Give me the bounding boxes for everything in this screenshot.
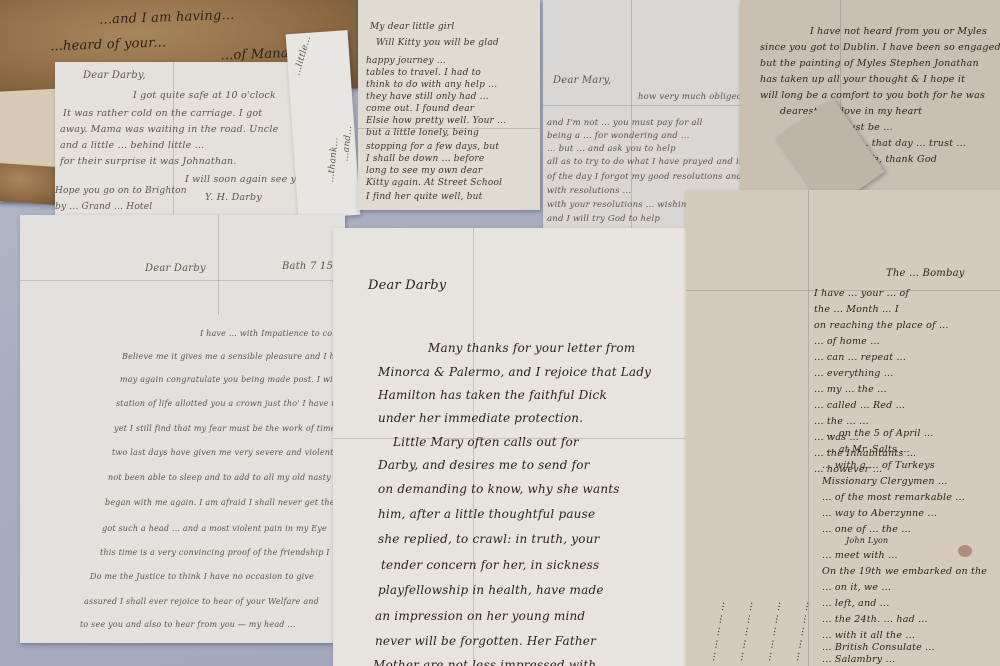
handwriting-line: ... but ... and ask you to help [547,144,676,154]
small-note-letter: Dear Darby, I got quite safe at 10 o'clo… [55,62,300,222]
handwriting-line: on reaching the place of ... [814,320,949,331]
handwriting-line: with your resolutions ... wishing [547,200,692,210]
handwriting-line: ... at Mr. Salts ... [826,444,910,455]
handwriting-line: ...thank... [326,137,341,183]
handwriting-line: never will be forgotten. Her Father [375,634,596,648]
handwriting-line: come out. I found dear [366,104,474,114]
handwriting-line: will long be a comfort to you both for h… [760,90,985,101]
handwriting-line: she replied, to crawl: in truth, your [378,532,600,546]
handwriting-line: Believe me it gives me a sensible pleasu… [122,352,345,361]
handwriting-line: ... on it, we ... [822,582,891,593]
handwriting-line: tables to travel. I had to [366,68,481,78]
handwriting-line: Darby, and desires me to send for [378,458,590,472]
handwriting-line: I have not heard from you or Myles [810,26,987,37]
handwriting-line: Minorca & Palermo, and I rejoice that La… [378,365,651,379]
handwriting-line: but the painting of Myles Stephen Jonath… [760,58,979,69]
handwriting-line: I shall be down ... before [366,154,484,164]
handwriting-line: but a little lonely, being [366,128,479,138]
signature: Y. H. Darby [205,192,262,203]
handwriting-line: My dear little girl [370,22,454,32]
crossed-writing: ... ... ... ... ... [706,601,727,662]
handwriting-line: Hope you go on to Brighton [55,186,187,196]
handwriting-line: and I'm not ... you must pay for all [547,118,703,128]
handwriting-line: two last days have given me very severe … [112,448,345,457]
handwriting-line: of the day I forgot my good resolutions … [547,172,743,182]
handwriting-line: away. Mama was waiting in the road. Uncl… [60,124,278,135]
handwriting-line: ... left, and ... [822,598,889,609]
crossed-writing: ... ... ... ... ... [762,601,783,662]
handwriting-line: I have ... with Impatience to congratula… [200,329,345,338]
aged-scrap-left [0,163,63,206]
handwriting-line: dearest ... I love in my heart [780,106,922,117]
handwriting-line: I have ... your ... of [814,288,909,299]
handwriting-line: and a little ... behind little ... [60,140,204,151]
handwriting-line: Hamilton has taken the faithful Dick [378,388,607,402]
handwriting-line: for their surprise it was Johnathan. [60,156,237,167]
handwriting-line: It was rather cold on the carriage. I go… [63,108,262,119]
handwriting-line: with resolutions ... [547,186,631,196]
handwriting-line: ... Salambry ... [822,654,895,665]
handwriting-line: happy journey ... [366,56,446,66]
handwriting-line: not been able to sleep and to add to all… [108,473,331,482]
handwriting-line: Will Kitty you will be glad [376,38,499,48]
handwriting-line: and I will try God to help [547,214,660,224]
handwriting-line: being a ... for wondering and ... [547,131,690,141]
handwriting-line: ...and I am having... [99,8,235,28]
handwriting-line: ... meet with ... [822,550,898,561]
handwriting-line: ... on the 5 of April ... [826,428,933,439]
handwriting-line: Do me the Justice to think I have no occ… [90,572,314,581]
handwriting-line: they have still only had ... [366,92,489,102]
handwriting-line: by ... Grand ... Hotel [55,202,152,212]
handwriting-line: On the 19th we embarked on the [822,566,987,577]
handwriting-line: ... of the most remarkable ... [822,492,965,503]
handwriting-line: Missionary Clergymen ... [822,476,948,487]
handwriting-line: ... can ... repeat ... [814,352,906,363]
handwriting-line: to see you and also to hear from you — m… [80,620,296,629]
handwriting-line: ...little... [292,35,313,77]
handwriting-line: Little Mary often calls out for [393,435,579,449]
handwriting-line: under her immediate protection. [378,411,583,425]
handwriting-line: ... way to Aberzynne ... [822,508,937,519]
handwriting-line: John Lyon [846,536,888,545]
handwriting-line: since you got to Dublin. I have been so … [760,42,1000,53]
salutation: Dear Darby [368,278,446,293]
handwriting-line: ... with it all the ... [822,630,915,641]
handwriting-line: ... of home ... [814,336,880,347]
handwriting-line: an impression on her young mind [375,609,585,623]
handwriting-line: station of life allotted you a crown jus… [116,399,345,408]
handwriting-line: assured I shall ever rejoice to hear of … [84,597,319,606]
handwriting-line: him, after a little thoughtful pause [378,507,595,521]
top-center-letter: My dear little girl Will Kitty you will … [358,0,540,210]
handwriting-line: Elsie how pretty well. Your ... [366,116,506,126]
handwriting-line: playfellowship in health, have made [378,583,604,597]
handwriting-line: Many thanks for your letter from [428,341,635,355]
handwriting-line: ... one of ... the ... [822,524,911,535]
handwriting-line: began with me again. I am afraid I shall… [105,498,335,507]
handwriting-line: ... with a ... of Turkeys [822,460,935,471]
handwriting-line: Mother are not less impressed with [373,658,596,666]
handwriting-line: long to see my own dear [366,166,482,176]
handwriting-line: ... called ... Red ... [814,400,905,411]
handwriting-line: Kitty again. At Street School [366,178,502,188]
handwriting-line: has taken up all your thought & I hope i… [760,74,965,85]
salutation: Dear Darby, [83,70,146,81]
handwriting-line: ...heard of your... [50,35,167,54]
bottom-right-crossed-letter: The ... Bombay I have ... your ... of th… [686,190,1000,666]
handwriting-line: got such a head ... and a most violent p… [102,524,327,533]
bottom-center-letter: Dear Darby Many thanks for your letter f… [333,228,690,666]
handwriting-line: I got quite safe at 10 o'clock [133,90,276,101]
handwriting-line: may again congratulate you being made po… [120,375,342,384]
handwriting-line: ... British Consulate ... [822,642,935,653]
small-note-side-flap: ...little... ...thank... ...and... [286,30,361,219]
handwriting-line: yet I still find that my fear must be th… [114,424,345,433]
handwriting-line: on demanding to know, why she wants [378,482,620,496]
handwriting-line: I find her quite well, but [366,192,482,202]
handwriting-line: ... the ... ... [814,416,869,427]
crossed-writing: ... ... ... ... ... [734,601,755,662]
handwriting-line: ... my ... the ... [814,384,887,395]
handwriting-line: tender concern for her, in sickness [381,558,599,572]
handwriting-line: how very much obliged [638,92,743,102]
ink-stain [958,545,972,557]
salutation: Dear Mary, [553,75,611,86]
salutation: Dear Darby [145,263,206,274]
handwriting-line: think to do with any help ... [366,80,497,90]
handwriting-line: ... the 24th. ... had ... [822,614,928,625]
handwriting-line: the ... Month ... I [814,304,899,315]
handwriting-line: stopping for a few days, but [366,142,499,152]
bottom-left-letter: Dear Darby Bath 7 15th Dec. I have ... w… [20,215,345,643]
handwriting-line: ...and... [341,125,355,162]
letter-heading: The ... Bombay [886,268,965,279]
handwriting-line: I will soon again see you [185,174,300,185]
handwriting-line: this time is a very convincing proof of … [100,548,330,557]
handwriting-line: all as to try to do what I have prayed a… [547,157,743,167]
handwriting-line: ... everything ... [814,368,893,379]
